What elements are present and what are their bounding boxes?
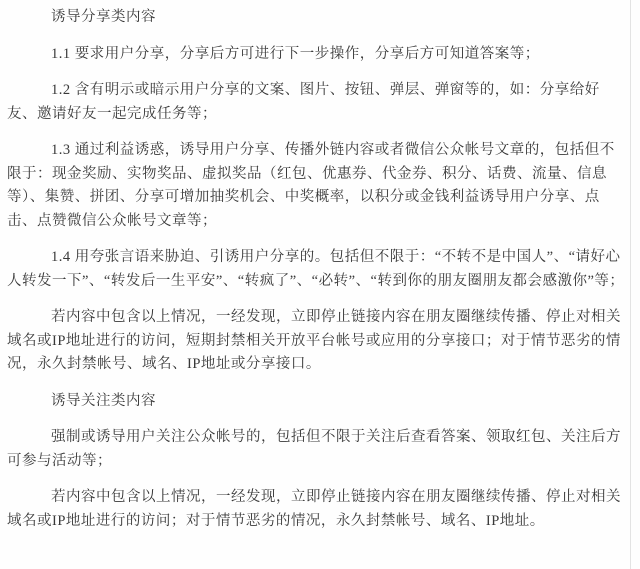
paragraph-penalty-sharing: 若内容中包含以上情况，一经发现，立即停止链接内容在朋友圈继续传播、停止对相关域名… — [7, 306, 628, 377]
section-heading-induced-following: 诱导关注类内容 — [7, 390, 628, 414]
paragraph-forced-follow: 强制或诱导用户关注公众帐号的，包括但不限于关注后查看答案、领取红包、关注后方可参… — [7, 426, 628, 473]
paragraph-penalty-following: 若内容中包含以上情况，一经发现，立即停止链接内容在朋友圈继续传播、停止对相关域名… — [7, 486, 628, 533]
paragraph-clause-1-4: 1.4 用夸张言语来胁迫、引诱用户分享的。包括但不限于：“不转不是中国人”、“请… — [7, 246, 628, 293]
document-page: 诱导分享类内容 1.1 要求用户分享，分享后方可进行下一步操作，分享后方可知道答… — [0, 0, 640, 569]
paragraph-clause-1-2: 1.2 含有明示或暗示用户分享的文案、图片、按钮、弹层、弹窗等的，如：分享给好友… — [7, 79, 628, 126]
paragraph-clause-1-1: 1.1 要求用户分享，分享后方可进行下一步操作，分享后方可知道答案等； — [7, 43, 628, 67]
section-heading-induced-sharing: 诱导分享类内容 — [7, 6, 628, 30]
right-edge-divider — [630, 0, 631, 569]
document-content: 诱导分享类内容 1.1 要求用户分享，分享后方可进行下一步操作，分享后方可知道答… — [0, 0, 638, 533]
paragraph-clause-1-3: 1.3 通过利益诱惑，诱导用户分享、传播外链内容或者微信公众帐号文章的，包括但不… — [7, 139, 628, 233]
